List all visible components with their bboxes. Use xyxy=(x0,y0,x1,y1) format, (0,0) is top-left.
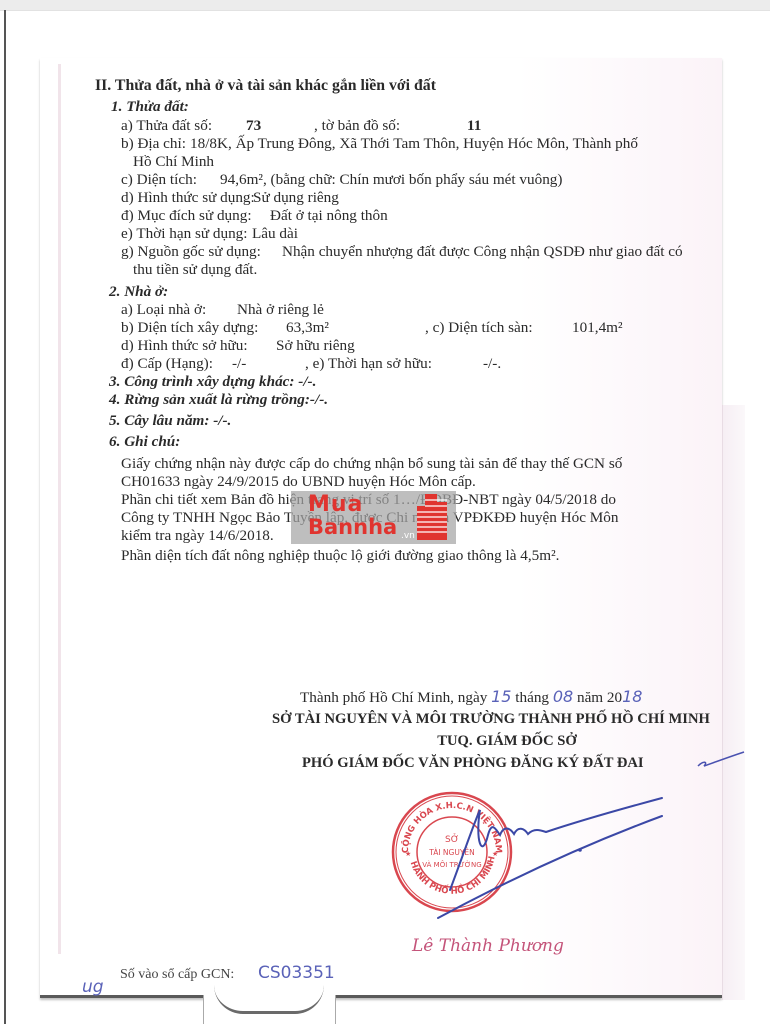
place-date-prefix: Thành phố Hồ Chí Minh, ngày xyxy=(300,689,487,706)
built-area-label: b) Diện tích xây dựng: xyxy=(121,319,258,337)
area-value: 94,6m², (bằng chữ: Chín mươi bốn phẩy sá… xyxy=(220,171,562,189)
house-type-label: a) Loại nhà ở: xyxy=(121,301,206,319)
on-behalf: TUQ. GIÁM ĐỐC SỞ xyxy=(272,732,742,750)
mua-ban-nha-watermark: Mua Bannha .vn xyxy=(291,491,456,544)
viewer-left-border xyxy=(4,10,6,1024)
section-title: II. Thửa đất, nhà ở và tài sản khác gắn … xyxy=(95,77,436,95)
built-area-value: 63,3m² xyxy=(286,319,329,337)
note-line: kiểm tra ngày 14/6/2018. xyxy=(121,527,274,545)
house-heading: 2. Nhà ở: xyxy=(109,283,168,301)
registry-number: CS03351 xyxy=(258,964,335,982)
registry-label: Số vào sổ cấp GCN: xyxy=(120,966,234,984)
watermark-line-2: Bannha xyxy=(308,517,397,538)
term-label: e) Thời hạn sử dụng: xyxy=(121,225,248,243)
address-line-1: 18/8K, Ấp Trung Đông, Xã Thới Tam Thôn, … xyxy=(190,135,638,153)
place-date: Thành phố Hồ Chí Minh, ngày 15 tháng 08 … xyxy=(300,688,642,707)
watermark-line-1: Mua xyxy=(308,494,363,516)
signer-name: Lê Thành Phương xyxy=(412,936,564,956)
page-margin-rule xyxy=(58,64,61,954)
map-sheet-label: , tờ bản đồ số: xyxy=(314,117,400,135)
grade-label: đ) Cấp (Hạng): xyxy=(121,355,213,373)
notes-heading: 6. Ghi chú: xyxy=(109,433,180,451)
note-line: Phần diện tích đất nông nghiệp thuộc lộ … xyxy=(121,547,559,565)
use-form-label: d) Hình thức sử dụng: xyxy=(121,189,255,207)
origin-line-1: Nhận chuyển nhượng đất được Công nhận QS… xyxy=(282,243,683,261)
address-line-2: Hồ Chí Minh xyxy=(133,153,214,171)
note-line: Giấy chứng nhận này được cấp do chứng nh… xyxy=(121,455,622,473)
ownership-value: Sở hữu riêng xyxy=(276,337,355,355)
own-term-label: , e) Thời hạn sở hữu: xyxy=(305,355,432,373)
origin-line-2: thu tiền sử dụng đất. xyxy=(133,261,257,279)
address-label: b) Địa chỉ: xyxy=(121,135,186,153)
viewer-top-bar xyxy=(0,0,770,11)
signer-title: PHÓ GIÁM ĐỐC VĂN PHÒNG ĐĂNG KÝ ĐẤT ĐAI xyxy=(302,754,644,772)
floor-area-label: , c) Diện tích sàn: xyxy=(425,319,533,337)
area-label: c) Diện tích: xyxy=(121,171,197,189)
handwritten-initials: ug xyxy=(82,978,104,996)
term-value: Lâu dài xyxy=(252,225,298,243)
parcel-label: a) Thửa đất số: xyxy=(121,117,212,135)
month-label: tháng xyxy=(515,689,549,706)
purpose-label: đ) Mục đích sử dụng: xyxy=(121,207,252,225)
land-heading: 1. Thửa đất: xyxy=(111,98,189,116)
handwritten-day: 15 xyxy=(491,687,511,706)
year-label: năm 20 xyxy=(577,689,622,706)
origin-label: g) Nguồn gốc sử dụng: xyxy=(121,243,261,261)
note-line: CH01633 ngày 24/9/2015 do UBND huyện Hóc… xyxy=(121,473,476,491)
handwritten-month: 08 xyxy=(553,687,573,706)
perennial-trees: 5. Cây lâu năm: -/-. xyxy=(109,412,231,430)
handwritten-signature xyxy=(430,790,680,920)
own-term-value: -/-. xyxy=(483,355,501,373)
production-forest: 4. Rừng sản xuất là rừng trồng:-/-. xyxy=(109,391,328,409)
ownership-label: d) Hình thức sở hữu: xyxy=(121,337,248,355)
floor-area-value: 101,4m² xyxy=(572,319,623,337)
grade-value: -/- xyxy=(232,355,246,373)
page-holder-tab xyxy=(203,995,336,1024)
svg-text:★: ★ xyxy=(405,850,411,858)
building-logo-icon xyxy=(417,494,447,540)
house-type-value: Nhà ở riêng lẻ xyxy=(237,301,324,319)
purpose-value: Đất ở tại nông thôn xyxy=(270,207,388,225)
agency-name: SỞ TÀI NGUYÊN VÀ MÔI TRƯỜNG THÀNH PHỐ HỒ… xyxy=(272,710,710,728)
watermark-suffix: .vn xyxy=(401,531,415,541)
handwritten-year: 18 xyxy=(622,687,642,706)
page-edge-strip xyxy=(722,405,745,1000)
map-sheet-number: 11 xyxy=(467,117,481,135)
parcel-number: 73 xyxy=(246,117,261,135)
other-construction: 3. Công trình xây dựng khác: -/-. xyxy=(109,373,316,391)
use-form-value: Sử dụng riêng xyxy=(253,189,339,207)
pen-mark-icon xyxy=(696,750,746,772)
